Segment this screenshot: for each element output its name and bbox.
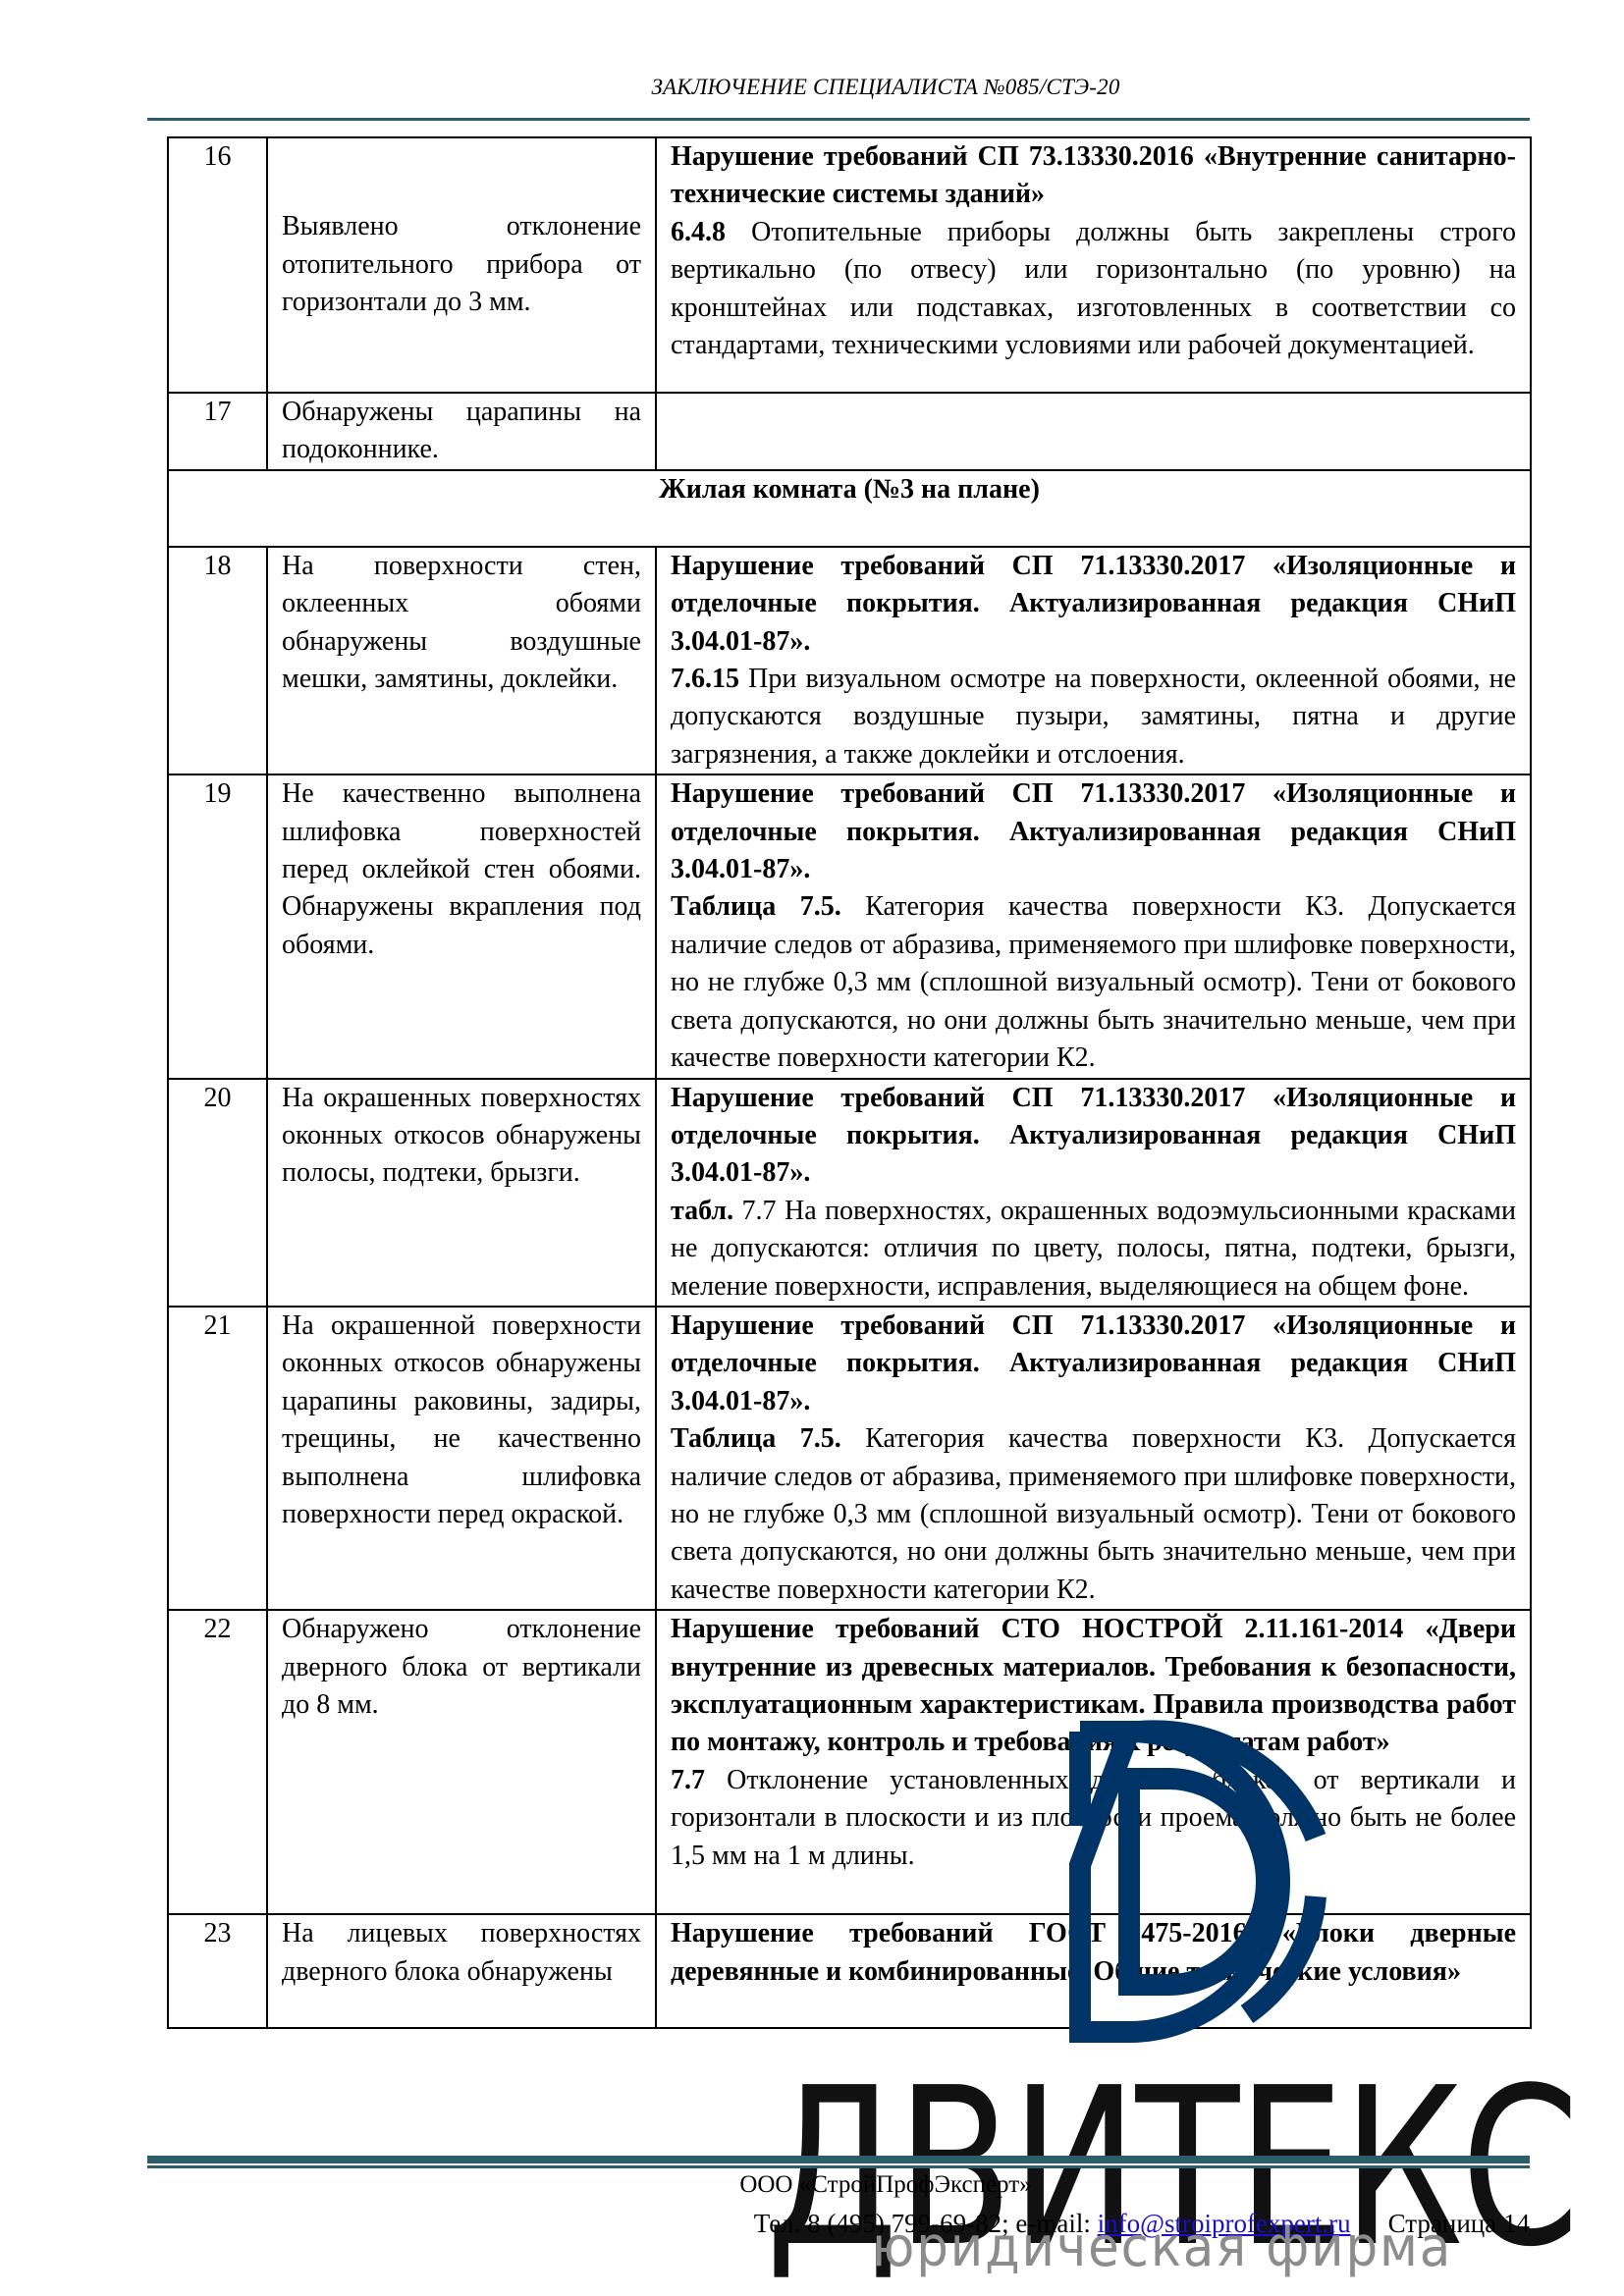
norm-clause: табл.	[671, 1196, 733, 1226]
row-number: 20	[168, 1079, 267, 1307]
findings-table: 16Выявлено отклонение отопительного приб…	[167, 136, 1532, 2029]
norm-reference	[656, 393, 1531, 470]
norm-reference: Нарушение требований ГОСТ 475-2016 «Блок…	[656, 1914, 1531, 2028]
row-number: 18	[168, 547, 267, 774]
defect-description: Выявлено отклонение отопительного прибор…	[267, 137, 656, 393]
norm-title: Нарушение требований СП 73.13330.2016 «В…	[671, 141, 1516, 209]
norm-clause-text: При визуальном осмотре на поверхности, о…	[671, 664, 1516, 770]
defect-description: На поверхности стен, оклеенных обоями об…	[267, 547, 656, 774]
norm-reference: Нарушение требований СП 71.13330.2017 «И…	[656, 1079, 1531, 1307]
table-row: 23На лицевых поверхностях дверного блока…	[168, 1914, 1531, 2028]
header-divider	[147, 118, 1530, 121]
norm-title: Нарушение требований СП 71.13330.2017 «И…	[671, 551, 1516, 657]
norm-title: Нарушение требований СП 71.13330.2017 «И…	[671, 1083, 1516, 1189]
row-number: 17	[168, 393, 267, 470]
section-row: Жилая комната (№3 на плане)	[168, 470, 1531, 547]
watermark-tagline: юридическая фирма	[872, 2220, 1452, 2275]
defect-description: Обнаружено отклонение дверного блока от …	[267, 1610, 656, 1914]
section-title: Жилая комната (№3 на плане)	[168, 470, 1531, 547]
row-number: 22	[168, 1610, 267, 1914]
norm-clause-text: Отопительные приборы должны быть закрепл…	[671, 217, 1516, 360]
norm-clause: 7.7	[671, 1765, 705, 1795]
row-number: 21	[168, 1307, 267, 1610]
norm-reference: Нарушение требований СП 71.13330.2017 «И…	[656, 547, 1531, 774]
norm-reference: Нарушение требований СП 73.13330.2016 «В…	[656, 137, 1531, 393]
defect-description: Обнаружены царапины на подоконнике.	[267, 393, 656, 470]
table-row: 16Выявлено отклонение отопительного приб…	[168, 137, 1531, 393]
table-row: 18На поверхности стен, оклеенных обоями …	[168, 547, 1531, 774]
footer-divider	[147, 2156, 1530, 2168]
row-number: 19	[168, 774, 267, 1078]
row-number: 23	[168, 1914, 267, 2028]
table-row: 21На окрашенной поверхности оконных отко…	[168, 1307, 1531, 1610]
norm-clause: 7.6.15	[671, 664, 739, 694]
norm-title: Нарушение требований СТО НОСТРОЙ 2.11.16…	[671, 1614, 1516, 1757]
norm-reference: Нарушение требований СП 71.13330.2017 «И…	[656, 774, 1531, 1078]
table-row: 19Не качественно выполнена шлифовка пове…	[168, 774, 1531, 1078]
document-header-title: ЗАКЛЮЧЕНИЕ СПЕЦИАЛИСТА №085/СТЭ-20	[0, 75, 1624, 100]
norm-title: Нарушение требований ГОСТ 475-2016 «Блок…	[671, 1918, 1516, 1986]
table-row: 20На окрашенных поверхностях оконных отк…	[168, 1079, 1531, 1307]
norm-title: Нарушение требований СП 71.13330.2017 «И…	[671, 1310, 1516, 1416]
table-row: 17Обнаружены царапины на подоконнике.	[168, 393, 1531, 470]
norm-clause-text: Отклонение установленных дверных блоков …	[671, 1765, 1516, 1871]
norm-clause: Таблица 7.5.	[671, 1423, 841, 1454]
norm-clause: 6.4.8	[671, 217, 726, 247]
row-number: 16	[168, 137, 267, 393]
defect-description: На лицевых поверхностях дверного блока о…	[267, 1914, 656, 2028]
table-row: 22Обнаружено отклонение дверного блока о…	[168, 1610, 1531, 1914]
norm-title: Нарушение требований СП 71.13330.2017 «И…	[671, 778, 1516, 884]
footer-company: ООО «СтройПрофЭксперт»	[0, 2171, 1624, 2199]
defect-description: На окрашенной поверхности оконных откосо…	[267, 1307, 656, 1610]
norm-clause: Таблица 7.5.	[671, 891, 841, 922]
defect-description: Не качественно выполнена шлифовка поверх…	[267, 774, 656, 1078]
norm-reference: Нарушение требований СТО НОСТРОЙ 2.11.16…	[656, 1610, 1531, 1914]
norm-reference: Нарушение требований СП 71.13330.2017 «И…	[656, 1307, 1531, 1610]
norm-clause-text: 7.7 На поверхностях, окрашенных водоэмул…	[671, 1196, 1516, 1302]
defect-description: На окрашенных поверхностях оконных откос…	[267, 1079, 656, 1307]
